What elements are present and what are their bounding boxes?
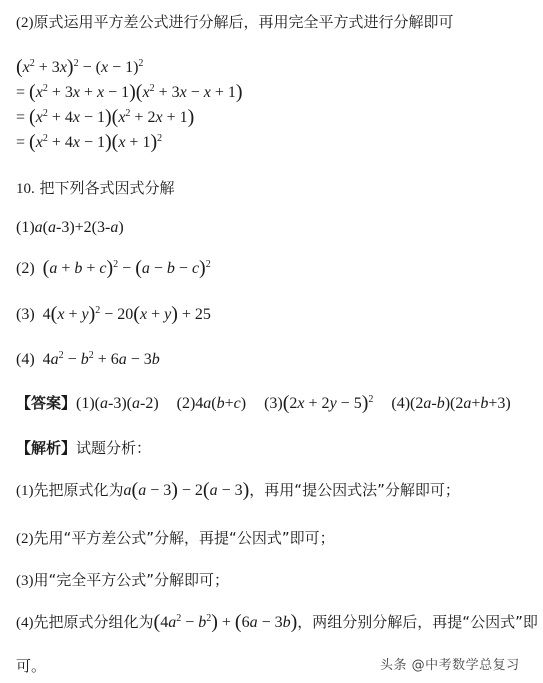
analysis-item-4-continuation: 可。 (16, 656, 46, 676)
derivation-line-1: (x2 + 3x)2 − (x − 1)2 (16, 58, 143, 78)
analysis-item-4-label: (4) (16, 615, 34, 631)
answer-item-4: (4)(2a-b)(2a+b+3) (391, 395, 510, 412)
part2-hint: (2)原式运用平方差公式进行分解后，再用完全平方式进行分解即可 (16, 12, 454, 33)
analysis-item-1-after: ，再用“提公因式法”分解即可； (249, 481, 460, 499)
analysis-item-3-label: (3) (16, 573, 34, 589)
part2-label: (2) (16, 15, 34, 31)
part2-text: 原式运用平方差公式进行分解后，再用完全平方式进行分解即可 (34, 13, 454, 31)
answer-item-2: (2)4a(b+c) (177, 395, 246, 412)
answer-item-1: (1)(a-3)(a-2) (76, 395, 159, 412)
analysis-tag: 【解析】 (16, 439, 76, 457)
derivation-line-2: = (x2 + 3x + x − 1)(x2 + 3x − x + 1) (16, 83, 243, 103)
analysis-item-3-text: 用“完全平方公式”分解即可； (34, 571, 230, 589)
analysis-item-1-expr: a(a − 3) − 2(a − 3) (124, 482, 250, 499)
analysis-item-2-text: 先用“平方差公式”分解，再提“公因式”即可； (34, 529, 335, 547)
watermark: 头条 @中考数学总复习 (380, 654, 520, 673)
analysis-item-4-cont-text: 可。 (16, 657, 46, 675)
question-item-4: (4)4a2 − b2 + 6a − 3b (16, 350, 160, 370)
question-item-1: (1)a(a-3)+2(3-a) (16, 218, 124, 238)
analysis-item-4: (4)先把原式分组化为(4a2 − b2) + (6a − 3b)，两组分别分解… (16, 612, 538, 633)
answer-tag: 【答案】 (16, 394, 76, 412)
question-title: 10. 把下列各式因式分解 (16, 178, 175, 199)
answer-item-3: (3)(2x + 2y − 5)2 (264, 395, 373, 412)
analysis-header: 【解析】试题分析： (16, 438, 151, 458)
question-number: 10. (16, 181, 35, 197)
analysis-item-1: (1)先把原式化为a(a − 3) − 2(a − 3)，再用“提公因式法”分解… (16, 480, 460, 501)
derivation-line-3: = (x2 + 4x − 1)(x2 + 2x + 1) (16, 108, 194, 128)
analysis-intro: 试题分析： (76, 439, 151, 457)
analysis-item-2-label: (2) (16, 531, 34, 547)
analysis-item-1-label: (1) (16, 483, 34, 499)
analysis-item-2: (2)先用“平方差公式”分解，再提“公因式”即可； (16, 528, 335, 549)
analysis-item-4-after: ，两组分别分解后，再提“公因式”即 (297, 613, 538, 631)
question-item-2: (2)(a + b + c)2 − (a − b − c)2 (16, 259, 211, 279)
analysis-item-1-before: 先把原式化为 (34, 481, 124, 499)
question-item-3: (3)4(x + y)2 − 20(x + y) + 25 (16, 305, 211, 325)
answer-line: 【答案】(1)(a-3)(a-2)(2)4a(b+c)(3)(2x + 2y −… (16, 393, 511, 414)
analysis-item-3: (3)用“完全平方公式”分解即可； (16, 570, 229, 591)
analysis-item-4-before: 先把原式分组化为 (34, 613, 154, 631)
question-title-text: 把下列各式因式分解 (40, 179, 175, 197)
derivation-line-4: = (x2 + 4x − 1)(x + 1)2 (16, 133, 162, 153)
analysis-item-4-expr: (4a2 − b2) + (6a − 3b) (154, 614, 298, 631)
